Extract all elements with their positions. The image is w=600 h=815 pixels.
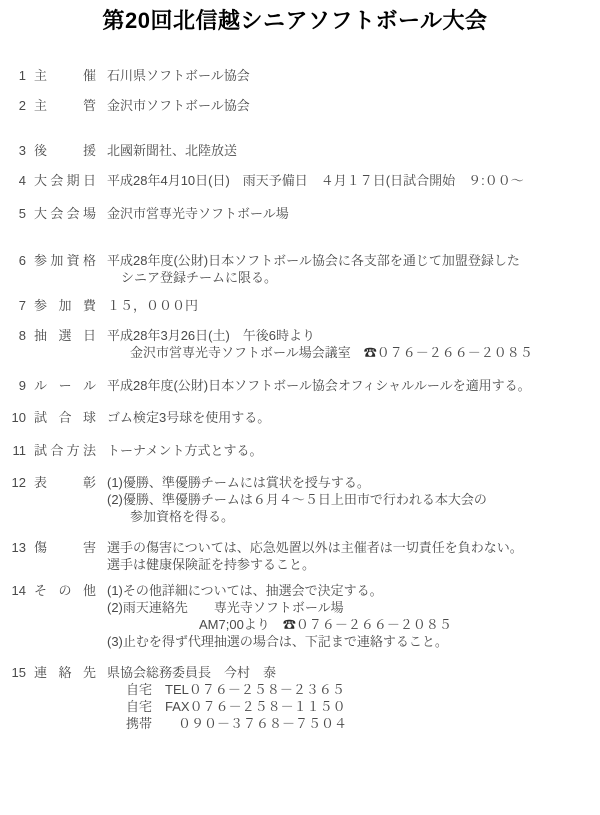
- item-text-phone-line: AM7;00より ☎０７６－２６６－２０８５: [107, 616, 590, 633]
- item-text: １５，０００円: [107, 297, 590, 314]
- item-text: トーナメント方式とする。: [107, 442, 590, 459]
- item-content: ゴム検定3号球を使用する。: [107, 409, 590, 426]
- item-text: 北國新聞社、北陸放送: [107, 142, 590, 159]
- item-number: 13: [0, 539, 26, 556]
- item-text-phone-line: 金沢市営専光寺ソフトボール場会議室 ☎０７６－２６６－２０８５: [107, 344, 590, 361]
- item-text: 石川県ソフトボール協会: [107, 67, 590, 84]
- item-label: その他: [34, 582, 96, 599]
- item-label: 抽選日: [34, 327, 96, 344]
- item-text: 平成28年度(公財)日本ソフトボール協会オフィシャルルールを適用する。: [107, 377, 590, 394]
- item-text: 参加資格を得る。: [107, 508, 590, 525]
- item-text: (3)止むを得ず代理抽選の場合は、下記まで連絡すること。: [107, 633, 590, 650]
- item-row-rule: 9 ルール 平成28年度(公財)日本ソフトボール協会オフィシャルルールを適用する…: [0, 377, 590, 394]
- item-number: 6: [0, 252, 26, 269]
- item-label: 参加費: [34, 297, 96, 314]
- item-row-shogai: 13 傷害 選手の傷害については、応急処置以外は主催者は一切責任を負わない。 選…: [0, 539, 590, 573]
- item-content: 平成28年度(公財)日本ソフトボール協会オフィシャルルールを適用する。: [107, 377, 590, 394]
- item-content: トーナメント方式とする。: [107, 442, 590, 459]
- item-content: 県協会総務委員長 今村 泰 自宅 TEL０７６－２５８－２３６５ 自宅 FAX０…: [107, 664, 590, 732]
- item-row-shiai-hoho: 11 試合方法 トーナメント方式とする。: [0, 442, 590, 459]
- item-content: (1)優勝、準優勝チームには賞状を授与する。 (2)優勝、準優勝チームは６月４～…: [107, 474, 590, 525]
- item-content: 石川県ソフトボール協会: [107, 67, 590, 84]
- item-text: 平成28年3月26日(土) 午後6時より: [107, 327, 590, 344]
- contact-mobile: 携帯 ０９０－３７６８－７５０４: [107, 715, 590, 732]
- item-number: 1: [0, 67, 26, 84]
- item-content: １５，０００円: [107, 297, 590, 314]
- contact-tel: 自宅 TEL０７６－２５８－２３６５: [107, 681, 590, 698]
- item-content: 平成28年3月26日(土) 午後6時より 金沢市営専光寺ソフトボール場会議室 ☎…: [107, 327, 590, 361]
- item-label: 主催: [34, 67, 96, 84]
- item-label: 傷害: [34, 539, 96, 556]
- item-text: シニア登録チームに限る。: [107, 269, 590, 286]
- item-label: ルール: [34, 377, 96, 394]
- item-row-chusenbi: 8 抽選日 平成28年3月26日(土) 午後6時より 金沢市営専光寺ソフトボール…: [0, 327, 590, 361]
- item-row-sankahi: 7 参加費 １５，０００円: [0, 297, 590, 314]
- phone-line-text: AM7;00より: [199, 617, 283, 632]
- item-label: 後援: [34, 142, 96, 159]
- item-number: 3: [0, 142, 26, 159]
- document-page: 第20回北信越シニアソフトボール大会 1 主催 石川県ソフトボール協会 2 主管…: [0, 0, 600, 815]
- item-number: 10: [0, 409, 26, 426]
- item-text: ゴム検定3号球を使用する。: [107, 409, 590, 426]
- item-number: 5: [0, 205, 26, 222]
- item-number: 15: [0, 664, 26, 681]
- item-content: 平成28年度(公財)日本ソフトボール協会に各支部を通じて加盟登録した シニア登録…: [107, 252, 590, 286]
- item-row-renrakusaki: 15 連絡先 県協会総務委員長 今村 泰 自宅 TEL０７６－２５８－２３６５ …: [0, 664, 590, 732]
- item-label: 表彰: [34, 474, 96, 491]
- item-content: 北國新聞社、北陸放送: [107, 142, 590, 159]
- phone-icon: ☎: [283, 617, 296, 632]
- item-text: (1)優勝、準優勝チームには賞状を授与する。: [107, 474, 590, 491]
- phone-line-text: 金沢市営専光寺ソフトボール場会議室: [130, 345, 364, 360]
- item-row-taikai-kijitsu: 4 大会期日 平成28年4月10日(日) 雨天予備日 ４月１７日(日試合開始 ９…: [0, 172, 590, 189]
- phone-number: ０７６－２６６－２０８５: [296, 617, 452, 632]
- item-row-hyosho: 12 表彰 (1)優勝、準優勝チームには賞状を授与する。 (2)優勝、準優勝チー…: [0, 474, 590, 525]
- item-label: 試合球: [34, 409, 96, 426]
- item-number: 12: [0, 474, 26, 491]
- item-label: 試合方法: [34, 442, 96, 459]
- item-row-shiaikyu: 10 試合球 ゴム検定3号球を使用する。: [0, 409, 590, 426]
- item-text: 平成28年度(公財)日本ソフトボール協会に各支部を通じて加盟登録した: [107, 252, 590, 269]
- phone-number: ０７６－２６６－２０８５: [377, 345, 533, 360]
- item-text: 金沢市ソフトボール協会: [107, 97, 590, 114]
- item-content: 平成28年4月10日(日) 雨天予備日 ４月１７日(日試合開始 ９:００～: [107, 172, 590, 189]
- item-label: 大会期日: [34, 172, 96, 189]
- item-number: 4: [0, 172, 26, 189]
- item-number: 2: [0, 97, 26, 114]
- item-text: 平成28年4月10日(日) 雨天予備日 ４月１７日(日試合開始 ９:００～: [107, 172, 590, 189]
- contact-fax: 自宅 FAX０７６－２５８－１１５０: [107, 698, 590, 715]
- item-content: 金沢市営専光寺ソフトボール場: [107, 205, 590, 222]
- phone-icon: ☎: [364, 345, 377, 360]
- item-label: 連絡先: [34, 664, 96, 681]
- item-text: 選手は健康保険証を持参すること。: [107, 556, 590, 573]
- item-text: (1)その他詳細については、抽選会で決定する。: [107, 582, 590, 599]
- item-label: 大会会場: [34, 205, 96, 222]
- item-label: 参加資格: [34, 252, 96, 269]
- contact-person: 県協会総務委員長 今村 泰: [107, 664, 590, 681]
- item-text: (2)優勝、準優勝チームは６月４～５日上田市で行われる本大会の: [107, 491, 590, 508]
- item-row-sanka-shikaku: 6 参加資格 平成28年度(公財)日本ソフトボール協会に各支部を通じて加盟登録し…: [0, 252, 590, 286]
- item-number: 11: [0, 442, 26, 459]
- item-number: 14: [0, 582, 26, 599]
- item-text: (2)雨天連絡先 専光寺ソフトボール場: [107, 599, 590, 616]
- item-number: 9: [0, 377, 26, 394]
- item-row-shusai: 1 主催 石川県ソフトボール協会: [0, 67, 590, 84]
- item-row-koen: 3 後援 北國新聞社、北陸放送: [0, 142, 590, 159]
- item-content: (1)その他詳細については、抽選会で決定する。 (2)雨天連絡先 専光寺ソフトボ…: [107, 582, 590, 650]
- item-row-taikai-kaijo: 5 大会会場 金沢市営専光寺ソフトボール場: [0, 205, 590, 222]
- item-text: 選手の傷害については、応急処置以外は主催者は一切責任を負わない。: [107, 539, 590, 556]
- item-number: 8: [0, 327, 26, 344]
- item-row-shukan: 2 主管 金沢市ソフトボール協会: [0, 97, 590, 114]
- item-label: 主管: [34, 97, 96, 114]
- item-number: 7: [0, 297, 26, 314]
- item-row-sonota: 14 その他 (1)その他詳細については、抽選会で決定する。 (2)雨天連絡先 …: [0, 582, 590, 650]
- item-text: 金沢市営専光寺ソフトボール場: [107, 205, 590, 222]
- item-content: 金沢市ソフトボール協会: [107, 97, 590, 114]
- item-content: 選手の傷害については、応急処置以外は主催者は一切責任を負わない。 選手は健康保険…: [107, 539, 590, 573]
- page-title: 第20回北信越シニアソフトボール大会: [0, 6, 590, 36]
